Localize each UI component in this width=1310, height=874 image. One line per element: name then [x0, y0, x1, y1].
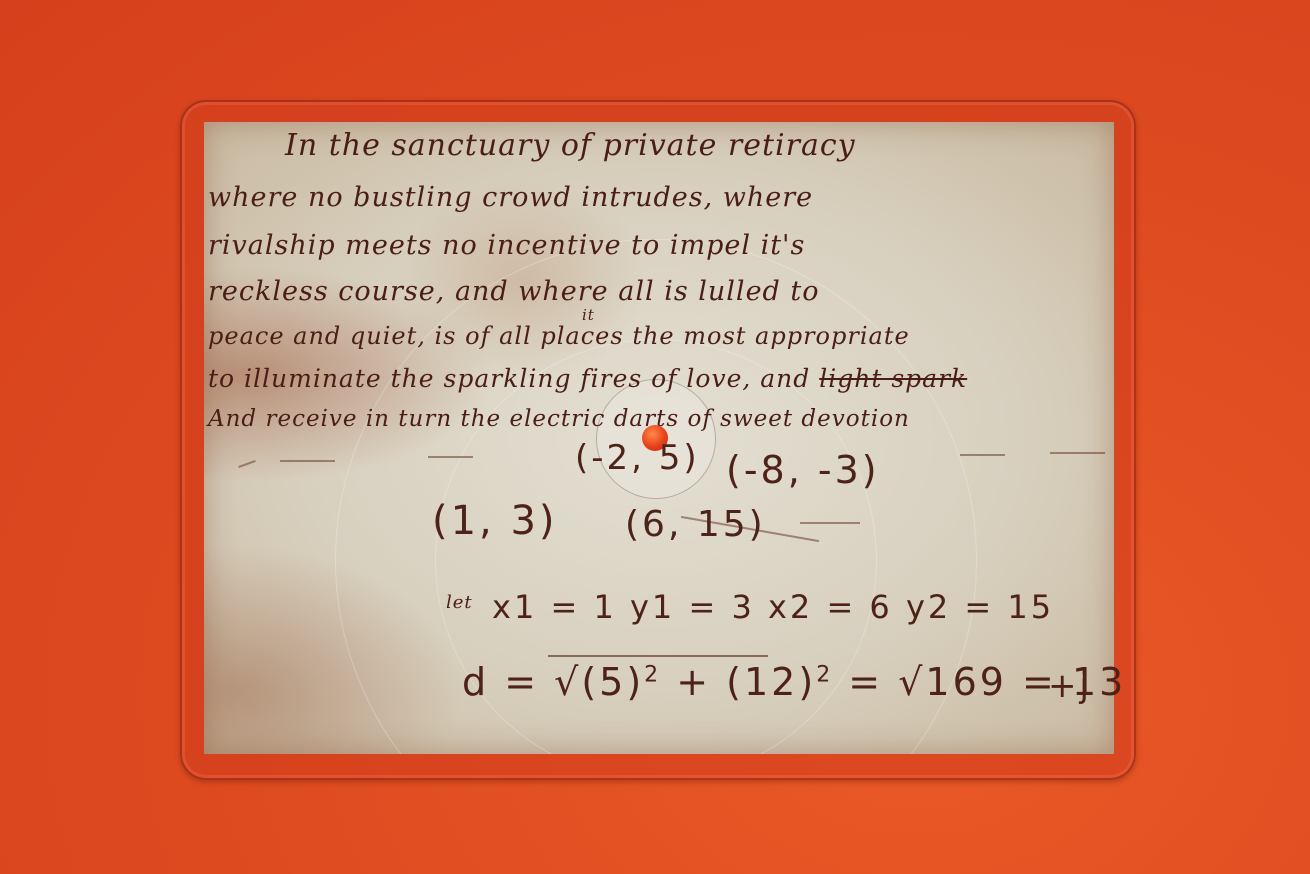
prose-line-4: reckless course, and where all is lulled… — [208, 276, 820, 307]
prose-line-1: In the sanctuary of private retiracy — [285, 128, 856, 163]
prose-line-7: And receive in turn the electric darts o… — [208, 406, 910, 432]
prose-line-6: to illuminate the sparkling fires of lov… — [208, 364, 967, 393]
separator-dash — [800, 522, 860, 524]
separator-dash — [428, 456, 473, 458]
point-neg2-5: (-2, 5) — [575, 438, 700, 478]
distance-plus-term: + (12) — [676, 660, 816, 704]
separator-dash — [960, 454, 1005, 456]
radical-bar — [548, 655, 768, 657]
distance-lhs: d = √(5) — [462, 660, 644, 704]
prose-line-2: where no bustling crowd intrudes, where — [208, 182, 813, 213]
exponent-1: 2 — [644, 662, 661, 687]
prose-line-3: rivalship meets no incentive to impel it… — [208, 230, 805, 261]
variable-assignments: x1 = 1 y1 = 3 x2 = 6 y2 = 15 — [492, 588, 1054, 626]
crossed-out-words: light spark — [819, 364, 967, 393]
let-word: let — [446, 592, 473, 613]
point-1-3: (1, 3) — [432, 498, 558, 544]
prose-line-6-text: to illuminate the sparkling fires of lov… — [208, 364, 810, 393]
prose-line-5: peace and quiet, is of all places the mo… — [208, 322, 910, 350]
point-neg8-neg3: (-8, -3) — [726, 448, 880, 492]
distance-formula: d = √(5)2 + (12)2 = √169 = 13 — [462, 660, 1126, 704]
signature-mark: +j — [1048, 666, 1092, 706]
superscript-insert: it — [582, 306, 595, 324]
prose-line-5-text: peace and quiet, is of all places the mo… — [208, 322, 910, 350]
point-6-15: (6, 15) — [625, 504, 766, 545]
exponent-2: 2 — [816, 662, 833, 687]
separator-dash — [1050, 452, 1105, 454]
separator-dash — [280, 460, 335, 462]
